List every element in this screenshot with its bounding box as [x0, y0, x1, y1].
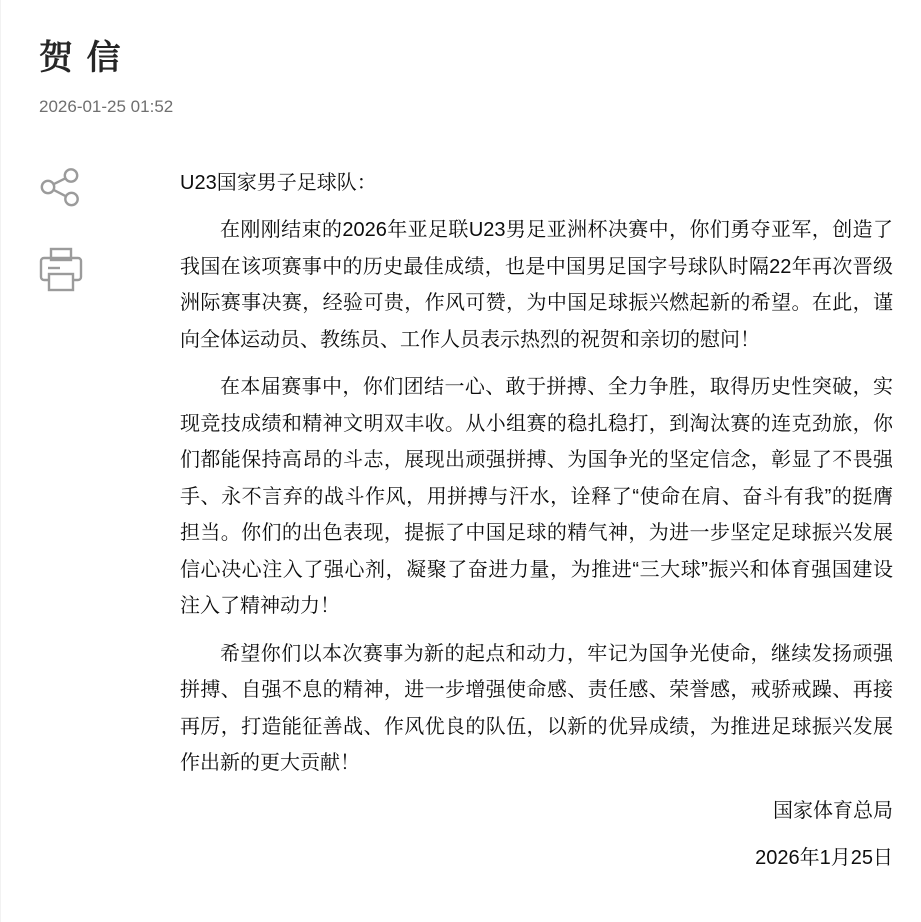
letter-body: U23国家男子足球队： 在刚刚结束的2026年亚足联U23男足亚洲杯决赛中，你们…	[180, 165, 921, 888]
article-page: 贺 信 2026-01-25 01:52	[0, 0, 921, 922]
letter-salutation: U23国家男子足球队：	[180, 165, 893, 202]
signature-date: 2026年1月25日	[180, 840, 893, 877]
letter-paragraph: 在刚刚结束的2026年亚足联U23男足亚洲杯决赛中，你们勇夺亚军，创造了我国在该…	[180, 212, 893, 358]
toolbar	[1, 165, 180, 888]
page-title: 贺 信	[39, 38, 921, 79]
signature-org: 国家体育总局	[180, 793, 893, 830]
publish-datetime: 2026-01-25 01:52	[39, 95, 921, 119]
print-button[interactable]	[39, 247, 83, 291]
article-content: U23国家男子足球队： 在刚刚结束的2026年亚足联U23男足亚洲杯决赛中，你们…	[1, 165, 921, 888]
print-icon	[39, 247, 83, 293]
share-button[interactable]	[39, 165, 83, 209]
article-header: 贺 信 2026-01-25 01:52	[1, 0, 921, 119]
share-icon	[39, 166, 83, 208]
letter-paragraph: 在本届赛事中，你们团结一心、敢于拼搏、全力争胜，取得历史性突破，实现竞技成绩和精…	[180, 369, 893, 625]
letter-paragraph: 希望你们以本次赛事为新的起点和动力，牢记为国争光使命，继续发扬顽强拼搏、自强不息…	[180, 636, 893, 782]
signature-block: 国家体育总局 2026年1月25日	[180, 793, 893, 877]
